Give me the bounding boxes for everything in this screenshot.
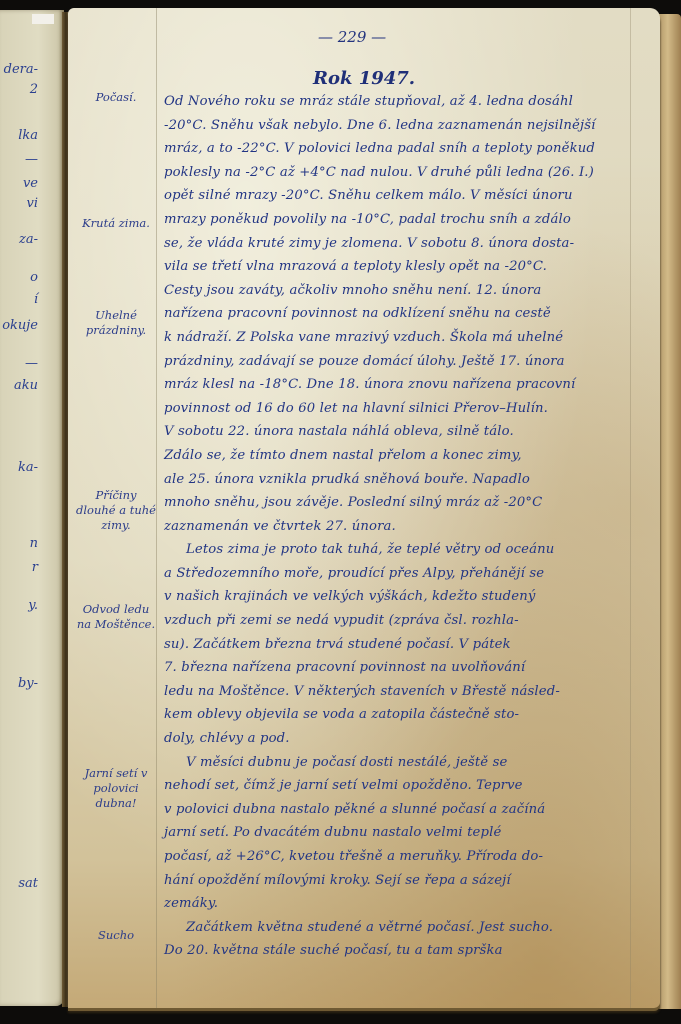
- left-page-fragment: ka-: [0, 460, 64, 475]
- text-line: počasí, až +26°C, kvetou třešně a meruňk…: [164, 845, 660, 869]
- text-line: Od Nového roku se mráz stále stupňoval, …: [164, 90, 660, 114]
- left-page-fragment: o: [0, 270, 64, 285]
- text-line: ale 25. února vznikla prudká sněhová bou…: [164, 468, 660, 492]
- text-line: mráz klesl na -18°C. Dne 18. února znovu…: [164, 373, 660, 397]
- chronicle-page: — 229 — Rok 1947. Počasí.Krutá zima.Uhel…: [68, 8, 660, 1008]
- text-line: vila se třetí vlna mrazová a teploty kle…: [164, 255, 660, 279]
- left-page-fragment: lka: [0, 128, 64, 143]
- text-line: povinnost od 16 do 60 let na hlavní siln…: [164, 397, 660, 421]
- left-page-fragment: sat: [0, 876, 64, 891]
- text-line: v polovici dubna nastalo pěkné a slunné …: [164, 798, 660, 822]
- text-line: zaznamenán ve čtvrtek 27. února.: [164, 515, 660, 539]
- scanned-book-spread: dera-2lka—veviza-oíokuje—akuka-nry.by-sa…: [0, 0, 681, 1024]
- left-page-fragment: r: [0, 560, 64, 575]
- text-line: poklesly na -2°C až +4°C nad nulou. V dr…: [164, 161, 660, 185]
- text-line: Cesty jsou zaváty, ačkoliv mnoho sněhu n…: [164, 279, 660, 303]
- text-line: v našich krajinách ve velkých výškách, k…: [164, 585, 660, 609]
- text-line: su). Začátkem března trvá studené počasí…: [164, 633, 660, 657]
- left-page-fragment: dera-: [0, 62, 64, 77]
- text-line: nehodí set, čímž je jarní setí velmi opo…: [164, 774, 660, 798]
- left-page-fragment: ve: [0, 176, 64, 191]
- page-heading: Rok 1947.: [313, 68, 415, 89]
- margin-note: Krutá zima.: [74, 216, 158, 231]
- page-number: — 229 —: [318, 28, 386, 46]
- text-line: kem oblevy objevila se voda a zatopila č…: [164, 703, 660, 727]
- text-line: zemáky.: [164, 892, 660, 916]
- text-line: k nádraží. Z Polska vane mrazivý vzduch.…: [164, 326, 660, 350]
- left-page-fragment: y.: [0, 598, 64, 613]
- text-line: mráz, a to -22°C. V polovici ledna padal…: [164, 137, 660, 161]
- paper-tab: [32, 14, 54, 24]
- margin-note: Uhelné prázdniny.: [74, 308, 158, 338]
- text-line: Začátkem května studené a větrné počasí.…: [164, 916, 660, 940]
- text-line: opět silné mrazy -20°C. Sněhu celkem mál…: [164, 184, 660, 208]
- left-page-fragment: by-: [0, 676, 64, 691]
- text-line: se, že vláda kruté zimy je zlomena. V so…: [164, 232, 660, 256]
- text-line: mrazy poněkud povolily na -10°C, padal t…: [164, 208, 660, 232]
- text-line: nařízena pracovní povinnost na odklízení…: [164, 302, 660, 326]
- text-line: -20°C. Sněhu však nebylo. Dne 6. ledna z…: [164, 114, 660, 138]
- text-line: doly, chlévy a pod.: [164, 727, 660, 751]
- left-page-fragment: aku: [0, 378, 64, 393]
- text-line: vzduch při zemi se nedá vypudit (zpráva …: [164, 609, 660, 633]
- margin-note: Počasí.: [74, 90, 158, 105]
- text-line: V měsíci dubnu je počasí dosti nestálé, …: [164, 751, 660, 775]
- text-line: hání opoždění mílovými kroky. Sejí se ře…: [164, 869, 660, 893]
- text-line: Do 20. května stále suché počasí, tu a t…: [164, 939, 660, 963]
- left-page-fragment: 2: [0, 82, 64, 97]
- text-line: V sobotu 22. února nastala náhlá obleva,…: [164, 420, 660, 444]
- text-line: Zdálo se, že tímto dnem nastal přelom a …: [164, 444, 660, 468]
- text-line: prázdniny, zadávají se pouze domácí úloh…: [164, 350, 660, 374]
- margin-note: Jarní setí v polovici dubna!: [74, 766, 158, 811]
- page-stack-edge: [659, 14, 681, 1009]
- margin-note: Odvod ledu na Moštěnce.: [74, 602, 158, 632]
- text-line: ledu na Moštěnce. V některých staveních …: [164, 680, 660, 704]
- text-line: Letos zima je proto tak tuhá, že teplé v…: [164, 538, 660, 562]
- left-page-fragment: okuje: [0, 318, 64, 333]
- handwritten-body-text: Od Nového roku se mráz stále stupňoval, …: [164, 90, 660, 963]
- left-page-fragment: vi: [0, 196, 64, 211]
- text-line: a Středozemního moře, proudící přes Alpy…: [164, 562, 660, 586]
- left-page-fragment: za-: [0, 232, 64, 247]
- text-line: 7. března nařízena pracovní povinnost na…: [164, 656, 660, 680]
- left-page-fragment: í: [0, 292, 64, 307]
- text-line: mnoho sněhu, jsou závěje. Poslední silný…: [164, 491, 660, 515]
- left-facing-page: dera-2lka—veviza-oíokuje—akuka-nry.by-sa…: [0, 10, 64, 1006]
- margin-note: Příčiny dlouhé a tuhé zimy.: [74, 488, 158, 533]
- left-page-fragment: n: [0, 536, 64, 551]
- left-page-fragment: —: [0, 356, 64, 371]
- left-page-fragment: —: [0, 152, 64, 167]
- text-line: jarní setí. Po dvacátém dubnu nastalo ve…: [164, 821, 660, 845]
- margin-note: Sucho: [74, 928, 158, 943]
